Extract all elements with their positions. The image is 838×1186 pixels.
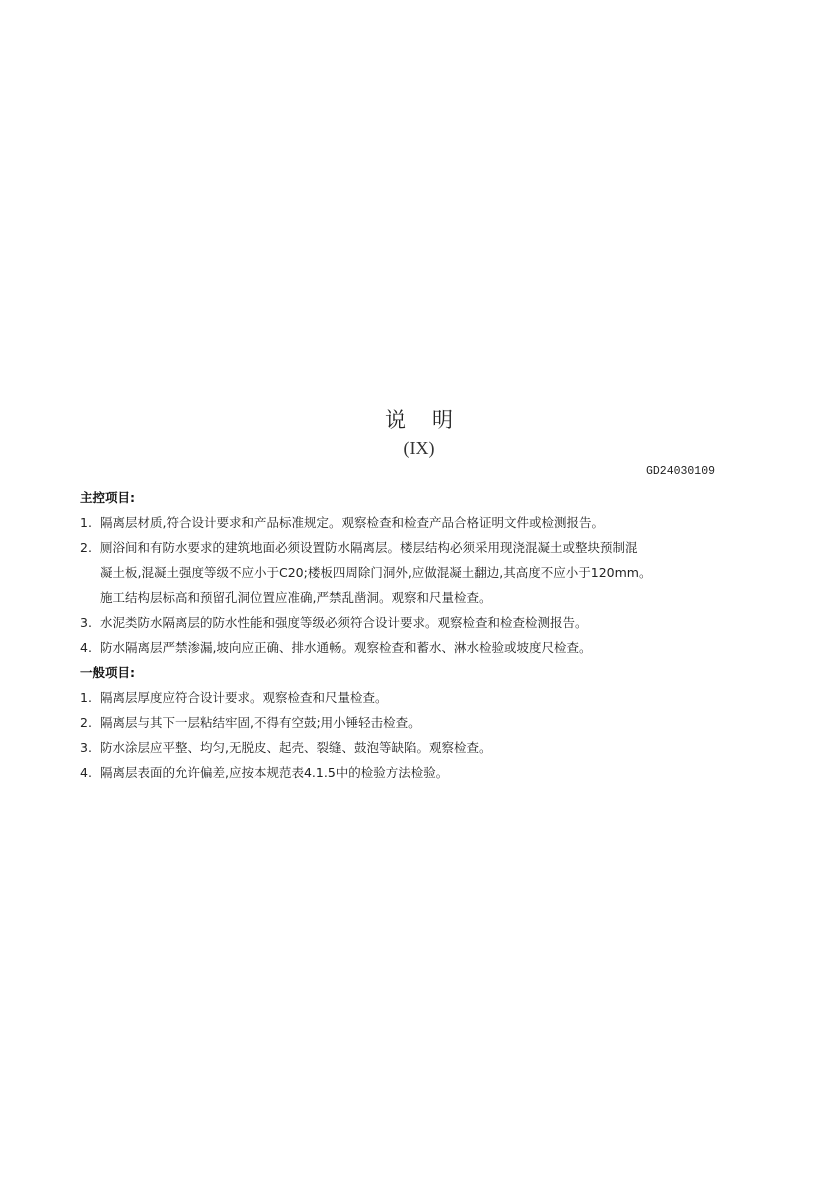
item-continuation: 凝土板,混凝土强度等级不应小于C20;楼板四周除门洞外,应做混凝土翻边,其高度不… (80, 560, 760, 585)
page-subtitle: (IX) (0, 438, 838, 459)
list-item: 1.隔离层厚度应符合设计要求。观察检查和尺量检查。 (80, 685, 760, 710)
item-text: 防水隔离层严禁渗漏,坡向应正确、排水通畅。观察检查和蓄水、淋水检验或坡度尺检查。 (100, 640, 591, 655)
document-body: 主控项目: 1.隔离层材质,符合设计要求和产品标准规定。观察检查和检查产品合格证… (80, 485, 760, 785)
item-number: 3. (80, 610, 100, 635)
item-continuation: 施工结构层标高和预留孔洞位置应准确,严禁乱凿洞。观察和尺量检查。 (80, 585, 760, 610)
item-text: 防水涂层应平整、均匀,无脱皮、起壳、裂缝、鼓泡等缺陷。观察检查。 (100, 740, 491, 755)
section-heading-main-control: 主控项目: (80, 485, 760, 510)
item-number: 2. (80, 535, 100, 560)
page-title: 说明 (0, 404, 838, 434)
list-item: 2.隔离层与其下一层粘结牢固,不得有空鼓;用小锤轻击检查。 (80, 710, 760, 735)
item-text: 水泥类防水隔离层的防水性能和强度等级必须符合设计要求。观察检查和检查检测报告。 (100, 615, 588, 630)
list-item: 3.防水涂层应平整、均匀,无脱皮、起壳、裂缝、鼓泡等缺陷。观察检查。 (80, 735, 760, 760)
item-text: 隔离层表面的允许偏差,应按本规范表4.1.5中的检验方法检验。 (100, 765, 448, 780)
list-item: 2.厕浴间和有防水要求的建筑地面必须设置防水隔离层。楼层结构必须采用现浇混凝土或… (80, 535, 760, 560)
item-text: 隔离层厚度应符合设计要求。观察检查和尺量检查。 (100, 690, 388, 705)
item-number: 3. (80, 735, 100, 760)
item-number: 4. (80, 760, 100, 785)
item-number: 1. (80, 685, 100, 710)
list-item: 4.防水隔离层严禁渗漏,坡向应正确、排水通畅。观察检查和蓄水、淋水检验或坡度尺检… (80, 635, 760, 660)
item-number: 1. (80, 510, 100, 535)
item-text: 隔离层材质,符合设计要求和产品标准规定。观察检查和检查产品合格证明文件或检测报告… (100, 515, 604, 530)
document-code: GD24030109 (646, 465, 715, 478)
list-item: 1.隔离层材质,符合设计要求和产品标准规定。观察检查和检查产品合格证明文件或检测… (80, 510, 760, 535)
item-text: 隔离层与其下一层粘结牢固,不得有空鼓;用小锤轻击检查。 (100, 715, 421, 730)
list-item: 4.隔离层表面的允许偏差,应按本规范表4.1.5中的检验方法检验。 (80, 760, 760, 785)
section-heading-general: 一般项目: (80, 660, 760, 685)
item-text: 厕浴间和有防水要求的建筑地面必须设置防水隔离层。楼层结构必须采用现浇混凝土或整块… (100, 540, 638, 555)
item-number: 4. (80, 635, 100, 660)
list-item: 3.水泥类防水隔离层的防水性能和强度等级必须符合设计要求。观察检查和检查检测报告… (80, 610, 760, 635)
item-number: 2. (80, 710, 100, 735)
